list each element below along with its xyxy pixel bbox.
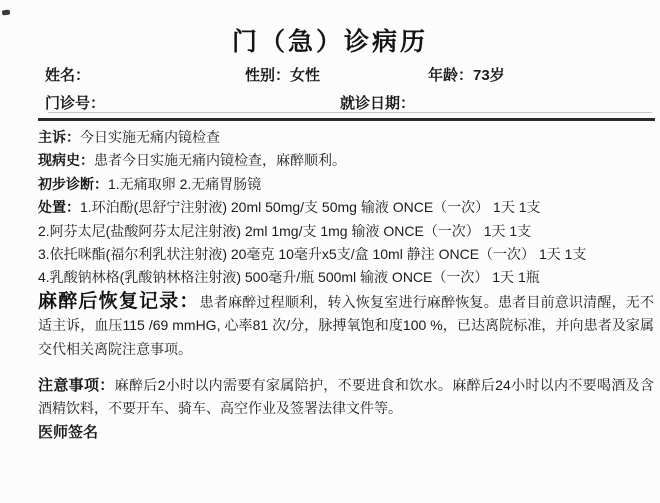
disposition-line-3: 3.依托咪酯(福尔利乳状注射液) 20毫克 10毫升x5支/盒 10ml 静注 … (38, 243, 654, 266)
age-value: 73岁 (473, 67, 505, 84)
patient-age-field: 年龄：73岁 (428, 64, 505, 85)
disposition-line-1: 处置：1.环泊酚(思舒宁注射液) 20ml 50mg/支 50mg 输液 ONC… (38, 196, 654, 219)
disposition-item: 1.环泊酚(思舒宁注射液) 20ml 50mg/支 50mg 输液 ONCE（一… (80, 199, 541, 215)
present-illness-label: 现病史： (38, 152, 94, 168)
disposition-line-2: 2.阿芬太尼(盐酸阿芬太尼注射液) 2ml 1mg/支 1mg 输液 ONCE（… (38, 220, 654, 243)
diagnosis-line: 初步诊断：1.无痛取卵 2.无痛胃肠镜 (38, 173, 654, 196)
notes-paragraph: 注意事项：麻醉后2小时以内需要有家属陪护，不要进食和饮水。麻醉后24小时以内不要… (38, 374, 654, 421)
medical-record-page: 门（急）诊病历 姓名： 性别：女性 年龄：73岁 门诊号： 就诊日期： 主诉：今… (0, 0, 660, 503)
name-label: 姓名： (45, 67, 90, 84)
gender-label: 性别： (245, 67, 290, 84)
chief-complaint-label: 主诉： (38, 129, 80, 145)
notes-text: 麻醉后2小时以内需要有家属陪护，不要进食和饮水。麻醉后24小时以内不要喝酒及含酒… (38, 377, 654, 416)
age-label: 年龄： (428, 67, 473, 84)
patient-gender-field: 性别：女性 (245, 64, 320, 85)
present-illness-line: 现病史：患者今日实施无痛内镜检查，麻醉顺利。 (38, 149, 654, 172)
outpatient-number-field: 门诊号： (45, 92, 105, 113)
outpatient-number-label: 门诊号： (45, 95, 105, 112)
chief-complaint-text: 今日实施无痛内镜检查 (80, 129, 220, 145)
diagnosis-label: 初步诊断： (38, 176, 108, 192)
chief-complaint-line: 主诉：今日实施无痛内镜检查 (38, 126, 654, 149)
disposition-label: 处置： (38, 199, 80, 215)
disposition-item: 3.依托咪酯(福尔利乳状注射液) 20毫克 10毫升x5支/盒 10ml 静注 … (38, 246, 586, 262)
recovery-record-paragraph: 麻醉后恢复记录：患者麻醉过程顺利，转入恢复室进行麻醉恢复。患者目前意识清醒，无不… (38, 290, 654, 361)
recovery-record-label: 麻醉后恢复记录： (38, 291, 200, 312)
visit-date-field: 就诊日期： (340, 92, 415, 113)
scan-artifact-speck (2, 9, 11, 15)
document-title: 门（急）诊病历 (0, 22, 660, 58)
visit-date-label: 就诊日期： (340, 95, 415, 112)
disposition-item: 4.乳酸钠林格(乳酸钠林格注射液) 500毫升/瓶 500ml 输液 ONCE（… (38, 269, 540, 285)
disposition-line-4: 4.乳酸钠林格(乳酸钠林格注射液) 500毫升/瓶 500ml 输液 ONCE（… (38, 266, 654, 289)
header-divider-rule (38, 118, 655, 121)
present-illness-text: 患者今日实施无痛内镜检查，麻醉顺利。 (94, 152, 346, 168)
physician-signature-label: 医师签名 (38, 421, 654, 444)
gender-value: 女性 (290, 67, 320, 84)
header-underline (48, 112, 652, 113)
disposition-item: 2.阿芬太尼(盐酸阿芬太尼注射液) 2ml 1mg/支 1mg 输液 ONCE（… (38, 223, 531, 239)
notes-label: 注意事项： (38, 377, 115, 394)
record-body: 主诉：今日实施无痛内镜检查 现病史：患者今日实施无痛内镜检查，麻醉顺利。 初步诊… (38, 122, 654, 444)
patient-name-field: 姓名： (45, 64, 90, 85)
diagnosis-text: 1.无痛取卵 2.无痛胃肠镜 (108, 176, 261, 192)
